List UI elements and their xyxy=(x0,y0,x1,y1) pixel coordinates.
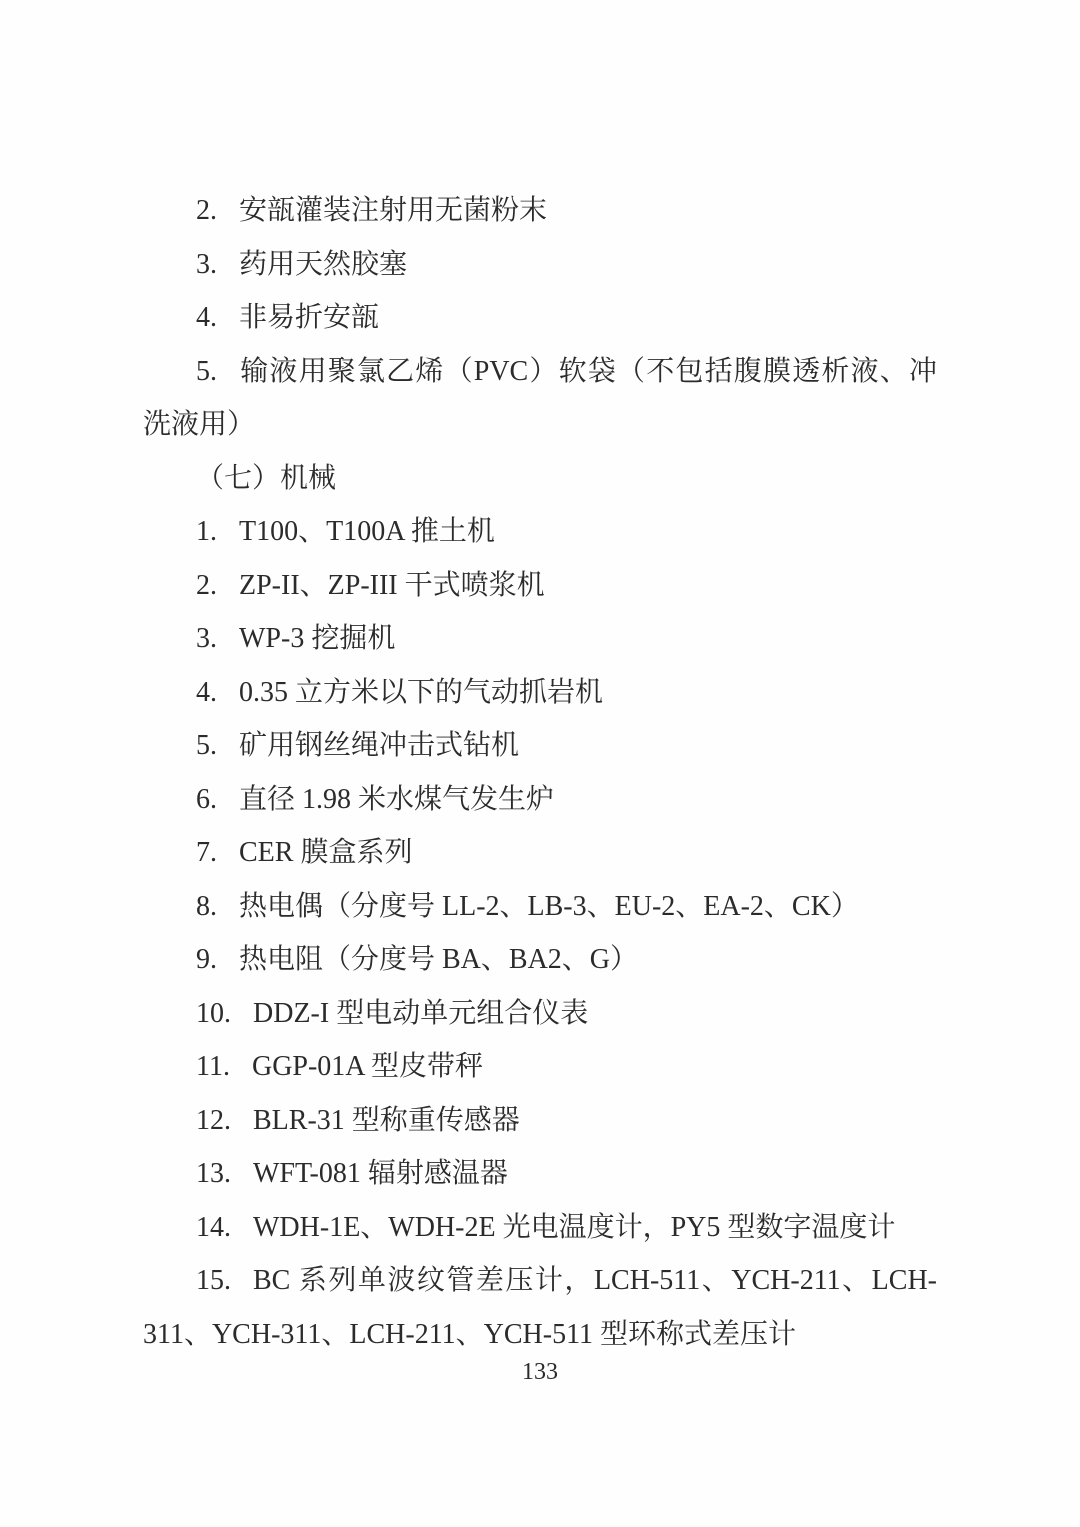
list-item: 2.安瓿灌装注射用无菌粉末 xyxy=(143,184,937,238)
item-text: 矿用钢丝绳冲击式钻机 xyxy=(239,730,519,761)
list-item: 12.BLR-31 型称重传感器 xyxy=(143,1094,937,1148)
item-number: 1. xyxy=(196,516,239,547)
item-number: 2. xyxy=(196,570,239,601)
page-number: 133 xyxy=(0,1358,1080,1386)
list-item: 13.WFT-081 辐射感温器 xyxy=(143,1147,937,1201)
item-number: 2. xyxy=(196,195,239,226)
item-text: WDH-1E、WDH-2E 光电温度计，PY5 型数字温度计 xyxy=(253,1212,895,1243)
item-text: BLR-31 型称重传感器 xyxy=(253,1105,520,1136)
list-item: 5.输液用聚氯乙烯（PVC）软袋（不包括腹膜透析液、冲洗液用） xyxy=(143,345,937,452)
item-text: GGP-01A 型皮带秤 xyxy=(252,1051,483,1082)
item-text: 安瓿灌装注射用无菌粉末 xyxy=(239,195,547,226)
item-text: BC 系列单波纹管差压计，LCH-511、YCH-211、LCH-311、YCH… xyxy=(143,1265,937,1350)
item-number: 5. xyxy=(196,730,239,761)
list-item: 15.BC 系列单波纹管差压计，LCH-511、YCH-211、LCH-311、… xyxy=(143,1254,937,1361)
list-item: 4.0.35 立方米以下的气动抓岩机 xyxy=(143,666,937,720)
list-item: 3.WP-3 挖掘机 xyxy=(143,612,937,666)
item-text: DDZ-I 型电动单元组合仪表 xyxy=(253,998,588,1029)
list-item: 10.DDZ-I 型电动单元组合仪表 xyxy=(143,987,937,1041)
item-text: 输液用聚氯乙烯（PVC）软袋（不包括腹膜透析液、冲洗液用） xyxy=(143,356,937,441)
list-item: 8.热电偶（分度号 LL-2、LB-3、EU-2、EA-2、CK） xyxy=(143,880,937,934)
item-text: T100、T100A 推土机 xyxy=(239,516,495,547)
item-text: 热电阻（分度号 BA、BA2、G） xyxy=(239,944,638,975)
item-text: 非易折安瓿 xyxy=(239,302,379,333)
item-text: 0.35 立方米以下的气动抓岩机 xyxy=(239,677,603,708)
document-page: 2.安瓿灌装注射用无菌粉末 3.药用天然胶塞 4.非易折安瓿 5.输液用聚氯乙烯… xyxy=(0,0,1080,1527)
item-number: 3. xyxy=(196,249,239,280)
item-text: 药用天然胶塞 xyxy=(239,249,407,280)
item-number: 4. xyxy=(196,302,239,333)
item-text: CER 膜盒系列 xyxy=(239,837,412,868)
item-number: 8. xyxy=(196,891,239,922)
list-item: 7.CER 膜盒系列 xyxy=(143,826,937,880)
item-number: 10. xyxy=(196,998,253,1029)
list-item: 9.热电阻（分度号 BA、BA2、G） xyxy=(143,933,937,987)
item-number: 13. xyxy=(196,1158,253,1189)
item-number: 3. xyxy=(196,623,239,654)
item-text: 直径 1.98 米水煤气发生炉 xyxy=(239,784,554,815)
list-item: 6.直径 1.98 米水煤气发生炉 xyxy=(143,773,937,827)
item-text: 热电偶（分度号 LL-2、LB-3、EU-2、EA-2、CK） xyxy=(239,891,859,922)
item-number: 4. xyxy=(196,677,239,708)
item-number: 9. xyxy=(196,944,239,975)
list-item: 11.GGP-01A 型皮带秤 xyxy=(143,1040,937,1094)
list-item: 5.矿用钢丝绳冲击式钻机 xyxy=(143,719,937,773)
section-heading: （七）机械 xyxy=(143,452,937,506)
list-item: 3.药用天然胶塞 xyxy=(143,238,937,292)
item-number: 11. xyxy=(196,1051,252,1082)
item-number: 15. xyxy=(196,1265,253,1296)
list-item: 14.WDH-1E、WDH-2E 光电温度计，PY5 型数字温度计 xyxy=(143,1201,937,1255)
item-number: 12. xyxy=(196,1105,253,1136)
item-number: 5. xyxy=(196,356,239,387)
list-item: 4.非易折安瓿 xyxy=(143,291,937,345)
item-text: WFT-081 辐射感温器 xyxy=(253,1158,508,1189)
list-item: 1.T100、T100A 推土机 xyxy=(143,505,937,559)
item-number: 7. xyxy=(196,837,239,868)
document-body: 2.安瓿灌装注射用无菌粉末 3.药用天然胶塞 4.非易折安瓿 5.输液用聚氯乙烯… xyxy=(143,184,937,1361)
item-number: 6. xyxy=(196,784,239,815)
list-item: 2.ZP-II、ZP-III 干式喷浆机 xyxy=(143,559,937,613)
item-number: 14. xyxy=(196,1212,253,1243)
item-text: WP-3 挖掘机 xyxy=(239,623,395,654)
item-text: ZP-II、ZP-III 干式喷浆机 xyxy=(239,570,545,601)
